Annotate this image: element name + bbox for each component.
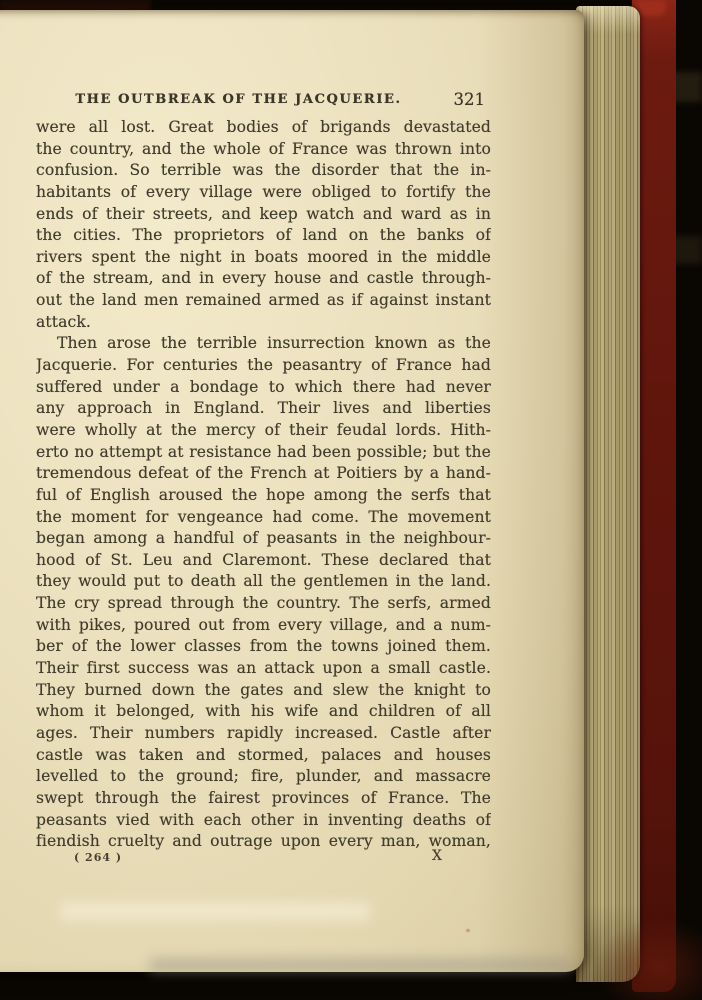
page-fore-edge-stack — [576, 6, 640, 982]
text-line: ages. Their numbers rapidly increased. C… — [36, 723, 491, 745]
text-line: the moment for vengeance had come. The m… — [36, 507, 491, 529]
text-line: any approach in England. Their lives and… — [36, 398, 491, 420]
text-line: whom it belonged, with his wife and chil… — [36, 701, 491, 723]
paragraph: were all lost. Great bodies of brigands … — [36, 117, 491, 333]
text-line: habitants of every village were obliged … — [36, 182, 491, 204]
page-bottom-edge-blur — [150, 958, 570, 972]
plate-signature-mark: ( 264 ) — [74, 851, 122, 864]
text-line: ful of English aroused the hope among th… — [36, 485, 491, 507]
book-page: THE OUTBREAK OF THE JACQUERIE. 321 were … — [0, 10, 584, 972]
text-line: were wholly at the mercy of their feudal… — [36, 420, 491, 442]
text-line: attack. — [36, 312, 491, 334]
paragraph: Then arose the terrible insurrection kno… — [36, 333, 491, 852]
cover-bottom-glow — [596, 918, 702, 1000]
dust-speck — [466, 929, 470, 932]
text-line: Jacquerie. For centuries the peasantry o… — [36, 355, 491, 377]
text-line: castle was taken and stormed, palaces an… — [36, 745, 491, 767]
text-line: out the land men remained armed as if ag… — [36, 290, 491, 312]
text-line: they would put to death all the gentleme… — [36, 571, 491, 593]
scan-blur-artifact — [60, 898, 370, 926]
text-line: erto no attempt at resistance had been p… — [36, 442, 491, 464]
text-line: fiendish cruelty and outrage upon every … — [36, 831, 491, 853]
text-line: swept through the fairest provinces of F… — [36, 788, 491, 810]
text-line: of the stream, and in every house and ca… — [36, 268, 491, 290]
body-text: were all lost. Great bodies of brigands … — [36, 117, 491, 853]
text-line: the country, and the whole of France was… — [36, 139, 491, 161]
text-line: suffered under a bondage to which there … — [36, 377, 491, 399]
text-line: Their first success was an attack upon a… — [36, 658, 491, 680]
text-line: began among a handful of peasants in the… — [36, 528, 491, 550]
text-line: tremendous defeat of the French at Poiti… — [36, 463, 491, 485]
text-line: were all lost. Great bodies of brigands … — [36, 117, 491, 139]
text-line: with pikes, poured out from every villag… — [36, 615, 491, 637]
page-number: 321 — [454, 90, 486, 109]
running-header: THE OUTBREAK OF THE JACQUERIE. 321 — [36, 92, 491, 112]
text-line: the cities. The proprietors of land on t… — [36, 225, 491, 247]
scanned-book-photo: THE OUTBREAK OF THE JACQUERIE. 321 were … — [0, 0, 702, 1000]
text-line: The cry spread through the country. The … — [36, 593, 491, 615]
running-title: THE OUTBREAK OF THE JACQUERIE. — [36, 92, 441, 107]
text-line: peasants vied with each other in inventi… — [36, 810, 491, 832]
text-line: ends of their streets, and keep watch an… — [36, 204, 491, 226]
text-line: confusion. So terrible was the disorder … — [36, 160, 491, 182]
text-line: They burned down the gates and slew the … — [36, 680, 491, 702]
text-line: rivers spent the night in boats moored i… — [36, 247, 491, 269]
book-cover-corner — [636, 0, 666, 16]
text-line: ber of the lower classes from the towns … — [36, 636, 491, 658]
text-line: hood of St. Leu and Claremont. These dec… — [36, 550, 491, 572]
text-line: Then arose the terrible insurrection kno… — [36, 333, 491, 355]
gathering-signature-mark: X — [432, 848, 442, 864]
text-line: levelled to the ground; fire, plunder, a… — [36, 766, 491, 788]
